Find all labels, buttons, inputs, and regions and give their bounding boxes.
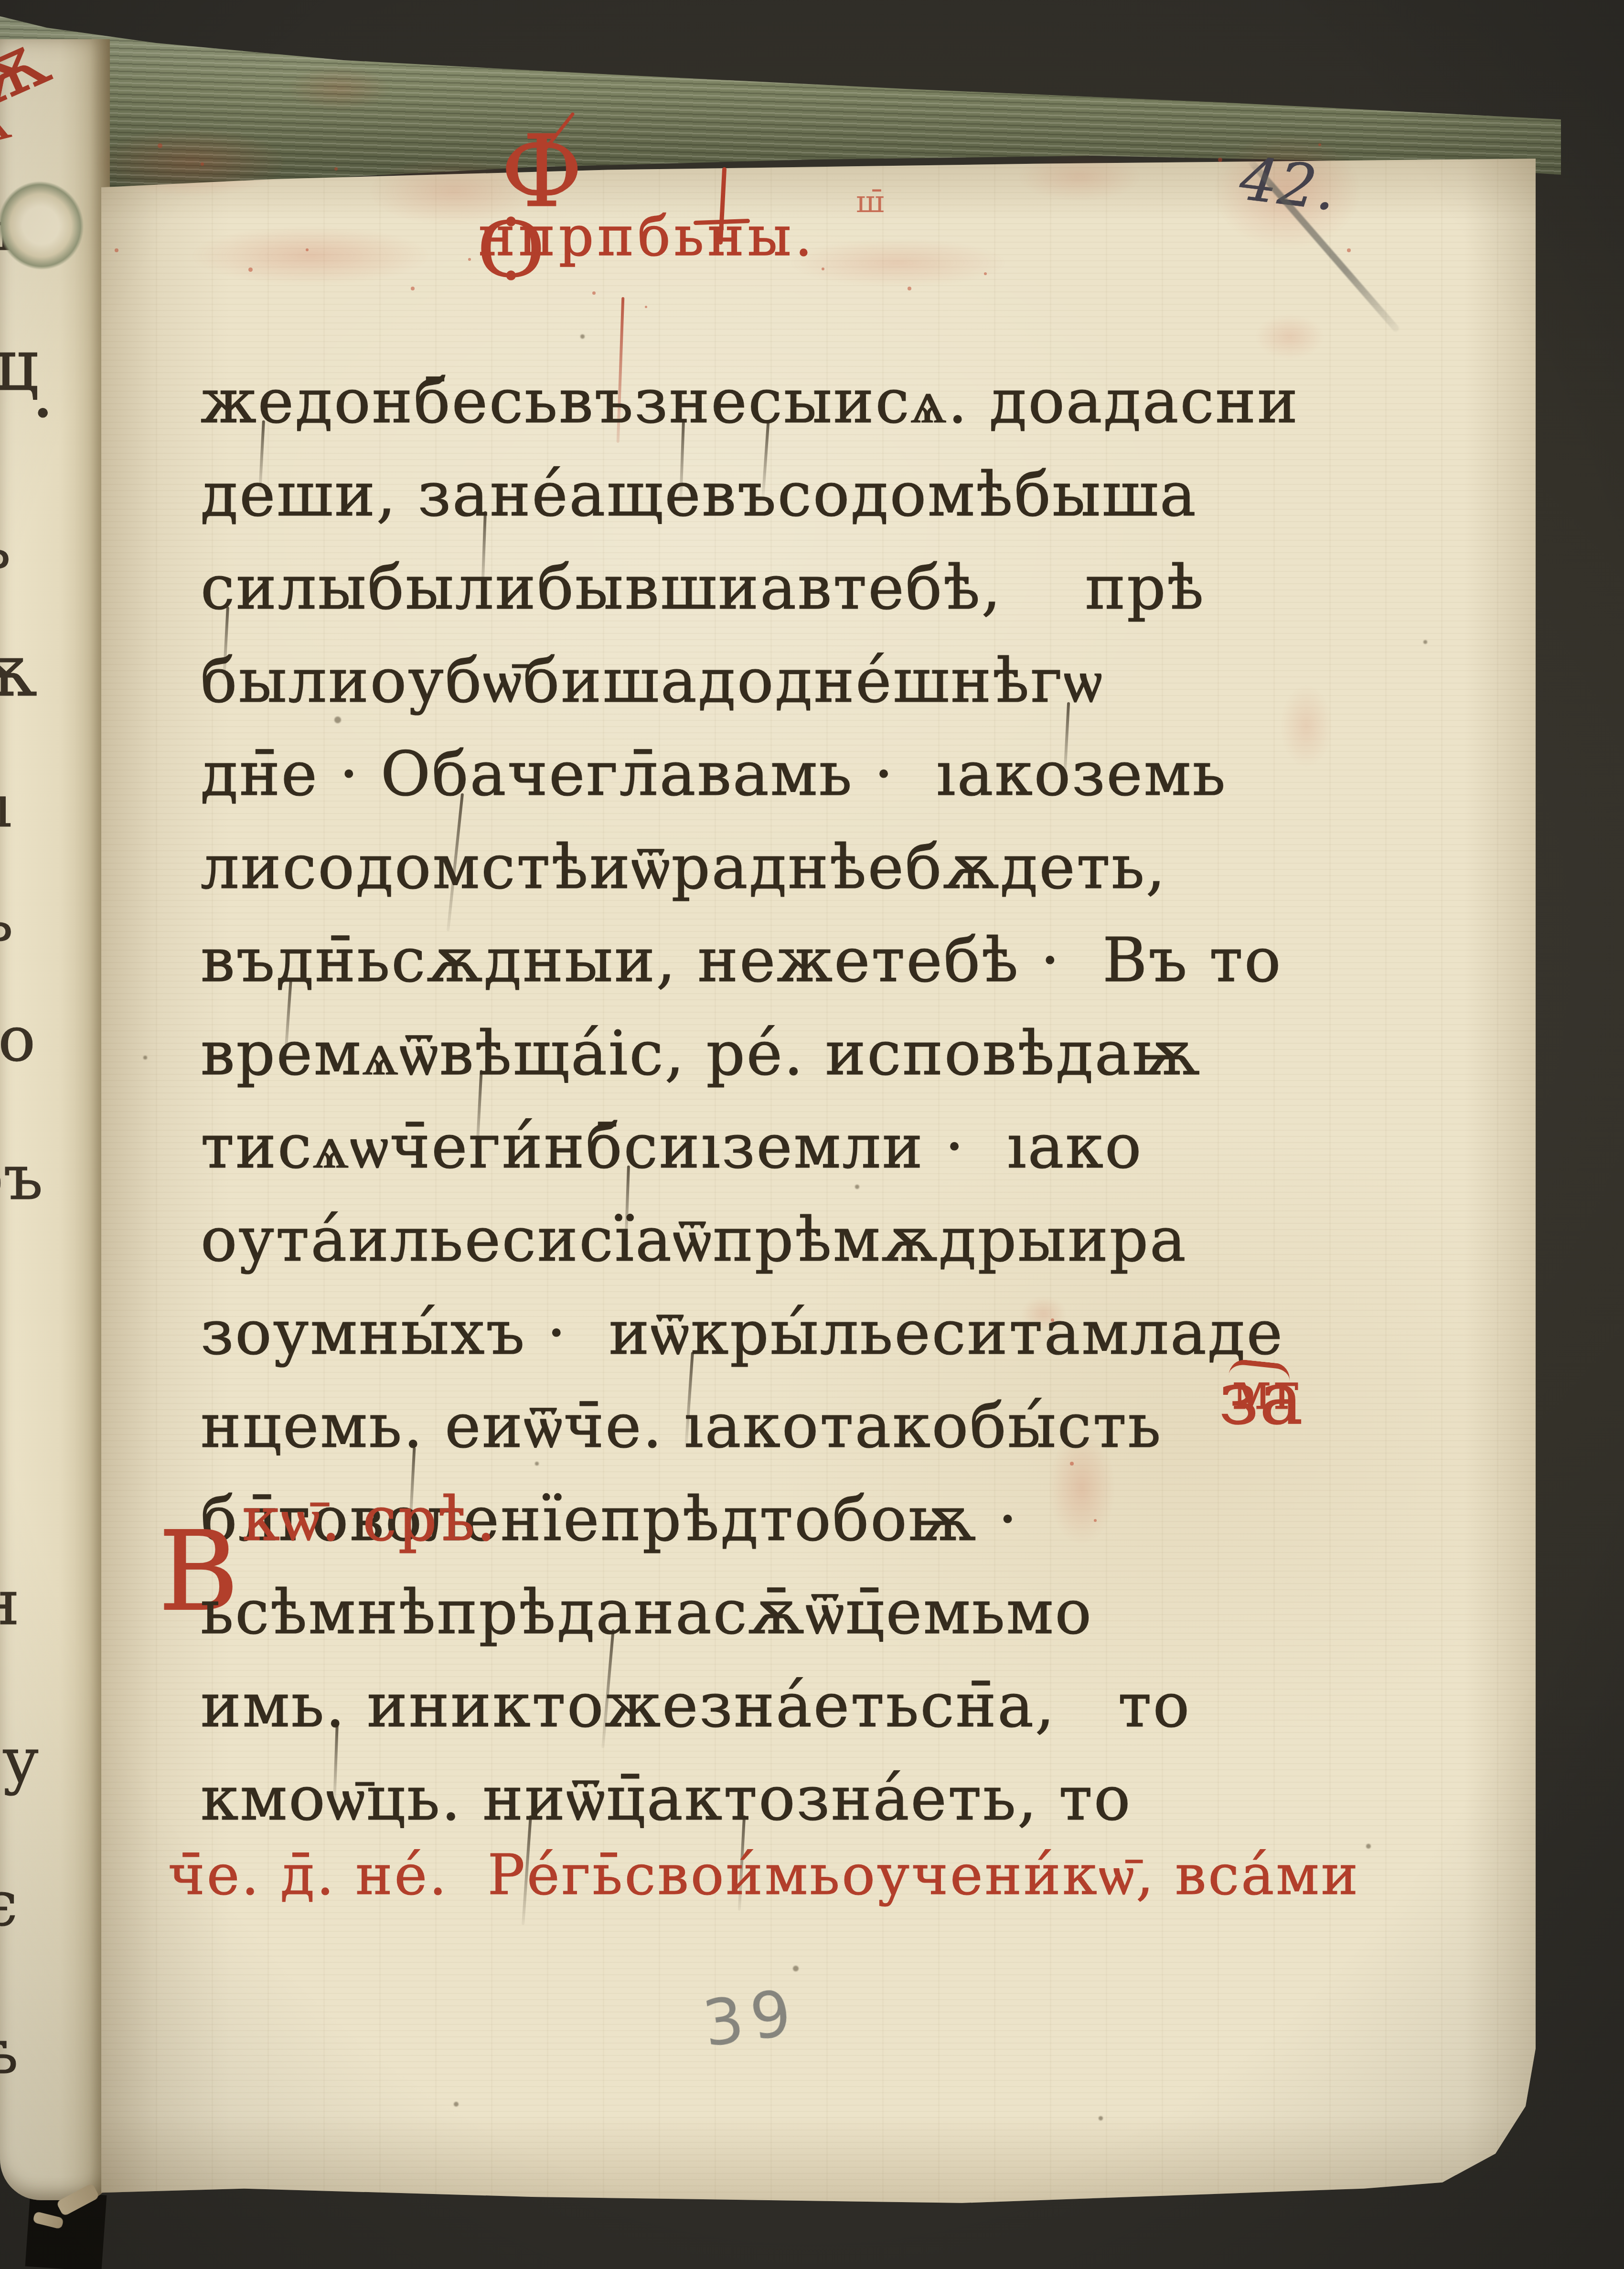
line-text: силыбылибывшиавтебѣ, прѣ [201,547,1205,628]
line-text: нцемь. еиѿч̄е. ıакотакобы́сть [201,1385,1162,1466]
footer-rubric: ч̄е. д̄. не́. Ре́гь̄свои́мьоучени́кѡ̄, в… [168,1843,1360,1908]
line-text: лисодомстѣиѿраднѣебѫдеть, [201,826,1166,908]
line-text: дн̄е · Обачегл̄авамь · ıакоземь [201,733,1227,814]
line-text: оута́ильесисїаѿпрѣмѫдрыира [201,1199,1187,1280]
left-edge-fragment: н [0,1572,20,1634]
line-text: былиоубѡ̄бишадодне́шнѣгѡ [201,640,1104,721]
line-text: ьсѣмнѣпрѣданасѫ̄ѿц̄емьмо [201,1572,1093,1653]
rubric-end-inline: кѡ̄. срѣ. [201,1478,497,1560]
folio-number-ink: 42. [1236,144,1341,225]
line-text: имь. иниктожезна́етьсн̄а, то [201,1665,1191,1746]
left-edge-fragment: · [32,377,54,449]
left-edge-fragment: ѫ [0,39,59,119]
left-edge-fragment: го [0,1008,35,1070]
left-edge-fragment: ѣ [0,2021,18,2083]
line-text: деши, зане́ащевъсодомѣбыша [201,454,1197,535]
left-edge-fragment: ı [0,779,11,836]
line-text: жедонб̄есьвъзнесыисѧ. доадасни [201,361,1299,442]
manuscript-photo: ѫѧıщ·ъѫıъгоръниуєѣ Ф ш̄ Ѻнпрпбьны. 42. ж… [0,0,1624,2269]
left-edge-fragment: ѫ [0,635,37,707]
left-edge-fragment: ъ [0,888,13,951]
left-edge-fragments: ѫѧıщ·ъѫıъгоръниуєѣ [0,39,110,2200]
line-text: зоумны́хъ · иѿкры́льеситамладе [201,1292,1284,1373]
left-edge-fragment: ръ [0,1146,43,1209]
pencil-foliation: 39 [698,1975,803,2061]
header-gloss: ш̄ [856,184,885,220]
title-text: нпрпбьны. [479,204,816,268]
line-text: въдн̄ьсѫдныи, нежетебѣ · Въ то [201,920,1282,1001]
left-edge-fragment: иу [0,1729,39,1791]
line-text: тисѧѡч̄еги́нб̄сиıземли · ıако [201,1106,1143,1187]
left-edge-fragment: є [0,1873,18,1935]
facing-page-edge: ѫѧıщ·ъѫıъгоръниуєѣ [0,39,110,2200]
line-text: кмоѡ̄ць. ниѿц̄актозна́еть, то [201,1758,1132,1839]
left-edge-fragment: ъ [0,516,11,578]
pericope-number: мг [1232,1362,1303,1421]
line-text: времѧѿвѣща́іс, ре́. исповѣдаѭ [201,1013,1201,1094]
